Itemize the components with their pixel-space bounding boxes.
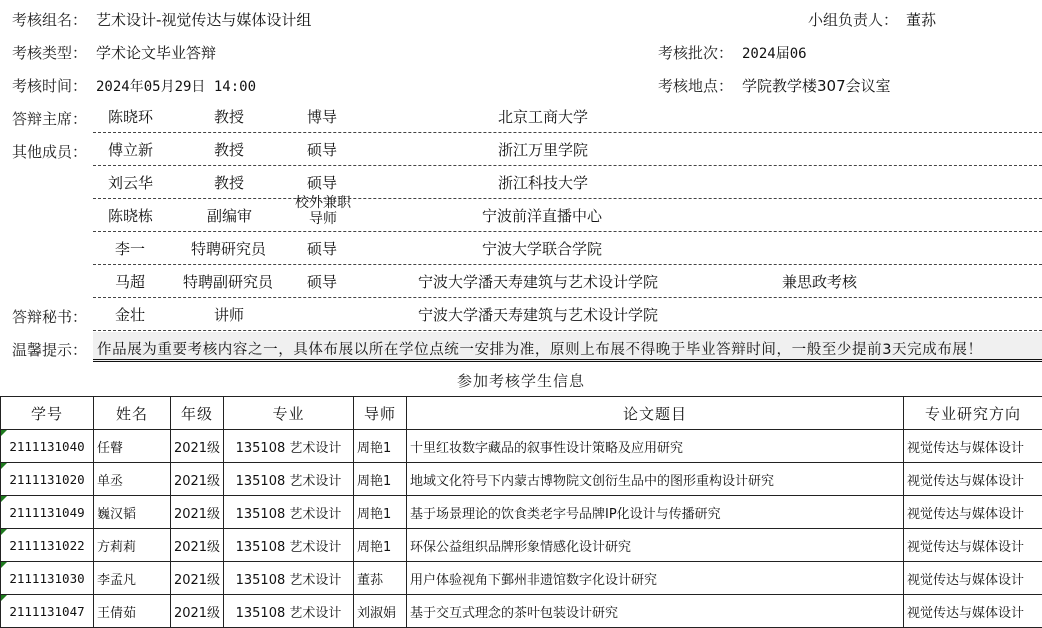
student-direction[interactable]: 视觉传达与媒体设计 [904, 430, 1042, 463]
student-thesis[interactable]: 基于场景理论的饮食类老字号品牌IP化设计与传播研究 [407, 496, 904, 529]
student-name[interactable]: 李孟凡 [94, 562, 171, 595]
member-role: 博导 [307, 106, 337, 127]
student-id-cell[interactable]: 2111131047 [1, 595, 94, 628]
committee-row: 陈晓环 教授 博导 北京工商大学 [93, 100, 1042, 133]
tip-label: 温馨提示： [12, 339, 87, 360]
student-grade[interactable]: 2021级 [171, 463, 224, 496]
number-as-text-flag-icon [1, 529, 7, 535]
student-id-cell[interactable]: 2111131030 [1, 562, 94, 595]
student-advisor[interactable]: 周艳1 [354, 430, 407, 463]
col-header-thesis: 论文题目 [407, 397, 904, 430]
group-label: 考核组名： [12, 9, 87, 30]
member-role: 校外兼职导师 [293, 195, 353, 227]
number-as-text-flag-icon [1, 430, 7, 436]
number-as-text-flag-icon [1, 463, 7, 469]
member-title: 特聘副研究员 [183, 271, 273, 292]
member-title: 特聘研究员 [191, 238, 266, 259]
student-direction[interactable]: 视觉传达与媒体设计 [904, 463, 1042, 496]
student-thesis[interactable]: 用户体验视角下鄞州非遗馆数字化设计研究 [407, 562, 904, 595]
student-grade[interactable]: 2021级 [171, 529, 224, 562]
student-name[interactable]: 任瞽 [94, 430, 171, 463]
student-thesis[interactable]: 地域文化符号下内蒙古博物院文创衍生品中的图形重构设计研究 [407, 463, 904, 496]
member-title: 教授 [214, 106, 244, 127]
place-label: 考核地点： [658, 75, 733, 96]
member-name: 马超 [115, 271, 145, 292]
member-title: 讲师 [214, 304, 244, 325]
student-id: 2111131047 [9, 604, 84, 619]
student-direction[interactable]: 视觉传达与媒体设计 [904, 496, 1042, 529]
tip-text: 作品展为重要考核内容之一，具体布展以所在学位点统一安排为准，原则上布展不得晚于毕… [97, 338, 983, 359]
student-grade[interactable]: 2021级 [171, 496, 224, 529]
member-org: 北京工商大学 [498, 106, 588, 127]
secretary-label: 答辩秘书： [12, 306, 87, 327]
member-name: 刘云华 [108, 172, 153, 193]
member-org: 宁波前洋直播中心 [482, 205, 602, 226]
table-row: 2111131040 任瞽 2021级 135108 艺术设计 周艳1 十里红妆… [1, 430, 1042, 463]
col-header-major: 专业 [224, 397, 354, 430]
table-row: 2111131020 单丞 2021级 135108 艺术设计 周艳1 地域文化… [1, 463, 1042, 496]
col-header-grade: 年级 [171, 397, 224, 430]
type-label: 考核类型： [12, 42, 87, 63]
committee-row: 马超 特聘副研究员 硕导 宁波大学潘天寿建筑与艺术设计学院 兼思政考核 [93, 265, 1042, 298]
students-section-title: 参加考核学生信息 [0, 370, 1042, 391]
student-thesis[interactable]: 环保公益组织品牌形象情感化设计研究 [407, 529, 904, 562]
student-advisor[interactable]: 周艳1 [354, 496, 407, 529]
student-id-cell[interactable]: 2111131040 [1, 430, 94, 463]
student-major[interactable]: 135108 艺术设计 [224, 529, 354, 562]
student-advisor[interactable]: 刘淑娟 [354, 595, 407, 628]
student-name[interactable]: 王倩茹 [94, 595, 171, 628]
member-name: 李一 [115, 238, 145, 259]
member-title: 副编审 [207, 205, 252, 226]
member-role: 硕导 [307, 238, 337, 259]
number-as-text-flag-icon [1, 496, 7, 502]
col-header-id: 学号 [1, 397, 94, 430]
members-label: 其他成员： [12, 141, 87, 162]
committee-row: 刘云华 教授 硕导 浙江科技大学 [93, 166, 1042, 199]
committee-row: 金壮 讲师 宁波大学潘天寿建筑与艺术设计学院 [93, 298, 1042, 331]
student-id: 2111131040 [9, 439, 84, 454]
col-header-direction: 专业研究方向 [904, 397, 1042, 430]
time-value: 2024年05月29日 14:00 [96, 76, 256, 96]
student-grade[interactable]: 2021级 [171, 430, 224, 463]
table-row: 2111131022 方莉莉 2021级 135108 艺术设计 周艳1 环保公… [1, 529, 1042, 562]
student-thesis[interactable]: 基于交互式理念的茶叶包装设计研究 [407, 595, 904, 628]
student-direction[interactable]: 视觉传达与媒体设计 [904, 562, 1042, 595]
student-thesis[interactable]: 十里红妆数字藏品的叙事性设计策略及应用研究 [407, 430, 904, 463]
member-org: 浙江万里学院 [498, 139, 588, 160]
student-advisor[interactable]: 周艳1 [354, 463, 407, 496]
student-advisor[interactable]: 周艳1 [354, 529, 407, 562]
member-title: 教授 [214, 172, 244, 193]
leader-value: 董荪 [906, 9, 936, 30]
member-org: 宁波大学潘天寿建筑与艺术设计学院 [418, 304, 658, 325]
students-table: 学号 姓名 年级 专业 导师 论文题目 专业研究方向 2111131040 任瞽… [0, 396, 1042, 628]
table-row: 2111131030 李孟凡 2021级 135108 艺术设计 董荪 用户体验… [1, 562, 1042, 595]
member-name: 陈晓栋 [108, 205, 153, 226]
student-direction[interactable]: 视觉传达与媒体设计 [904, 595, 1042, 628]
member-org: 宁波大学联合学院 [482, 238, 602, 259]
member-role: 硕导 [307, 271, 337, 292]
member-note: 兼思政考核 [782, 271, 857, 292]
student-id: 2111131049 [9, 505, 84, 520]
student-major[interactable]: 135108 艺术设计 [224, 496, 354, 529]
batch-value: 2024届06 [742, 43, 807, 63]
student-id-cell[interactable]: 2111131020 [1, 463, 94, 496]
col-header-name: 姓名 [94, 397, 171, 430]
student-id: 2111131020 [9, 472, 84, 487]
student-advisor[interactable]: 董荪 [354, 562, 407, 595]
number-as-text-flag-icon [1, 562, 7, 568]
table-row: 2111131049 巍汉韬 2021级 135108 艺术设计 周艳1 基于场… [1, 496, 1042, 529]
time-label: 考核时间： [12, 75, 87, 96]
student-id: 2111131030 [9, 571, 84, 586]
student-name[interactable]: 巍汉韬 [94, 496, 171, 529]
student-id: 2111131022 [9, 538, 84, 553]
student-grade[interactable]: 2021级 [171, 595, 224, 628]
student-name[interactable]: 方莉莉 [94, 529, 171, 562]
committee-row: 李一 特聘研究员 硕导 宁波大学联合学院 [93, 232, 1042, 265]
committee-row: 傅立新 教授 硕导 浙江万里学院 [93, 133, 1042, 166]
member-role: 硕导 [307, 172, 337, 193]
member-name: 陈晓环 [108, 106, 153, 127]
student-grade[interactable]: 2021级 [171, 562, 224, 595]
number-as-text-flag-icon [1, 595, 7, 601]
student-name[interactable]: 单丞 [94, 463, 171, 496]
member-org: 浙江科技大学 [498, 172, 588, 193]
member-name: 傅立新 [108, 139, 153, 160]
committee-row: 陈晓栋 副编审 校外兼职导师 宁波前洋直播中心 [93, 199, 1042, 232]
student-direction[interactable]: 视觉传达与媒体设计 [904, 529, 1042, 562]
type-value: 学术论文毕业答辩 [96, 42, 216, 63]
student-major[interactable]: 135108 艺术设计 [224, 562, 354, 595]
place-value: 学院教学楼307会议室 [742, 75, 891, 96]
table-header-row: 学号 姓名 年级 专业 导师 论文题目 专业研究方向 [1, 397, 1042, 430]
member-org: 宁波大学潘天寿建筑与艺术设计学院 [418, 271, 658, 292]
tip-bar: 作品展为重要考核内容之一，具体布展以所在学位点统一安排为准，原则上布展不得晚于毕… [93, 332, 1042, 362]
student-major[interactable]: 135108 艺术设计 [224, 595, 354, 628]
chair-label: 答辩主席： [12, 108, 87, 129]
member-name: 金壮 [115, 304, 145, 325]
student-id-cell[interactable]: 2111131022 [1, 529, 94, 562]
batch-label: 考核批次： [658, 42, 733, 63]
group-value: 艺术设计-视觉传达与媒体设计组 [96, 9, 311, 30]
student-major[interactable]: 135108 艺术设计 [224, 430, 354, 463]
member-role: 硕导 [307, 139, 337, 160]
member-title: 教授 [214, 139, 244, 160]
student-major[interactable]: 135108 艺术设计 [224, 463, 354, 496]
col-header-advisor: 导师 [354, 397, 407, 430]
table-row: 2111131047 王倩茹 2021级 135108 艺术设计 刘淑娟 基于交… [1, 595, 1042, 628]
leader-label: 小组负责人： [808, 9, 898, 30]
student-id-cell[interactable]: 2111131049 [1, 496, 94, 529]
